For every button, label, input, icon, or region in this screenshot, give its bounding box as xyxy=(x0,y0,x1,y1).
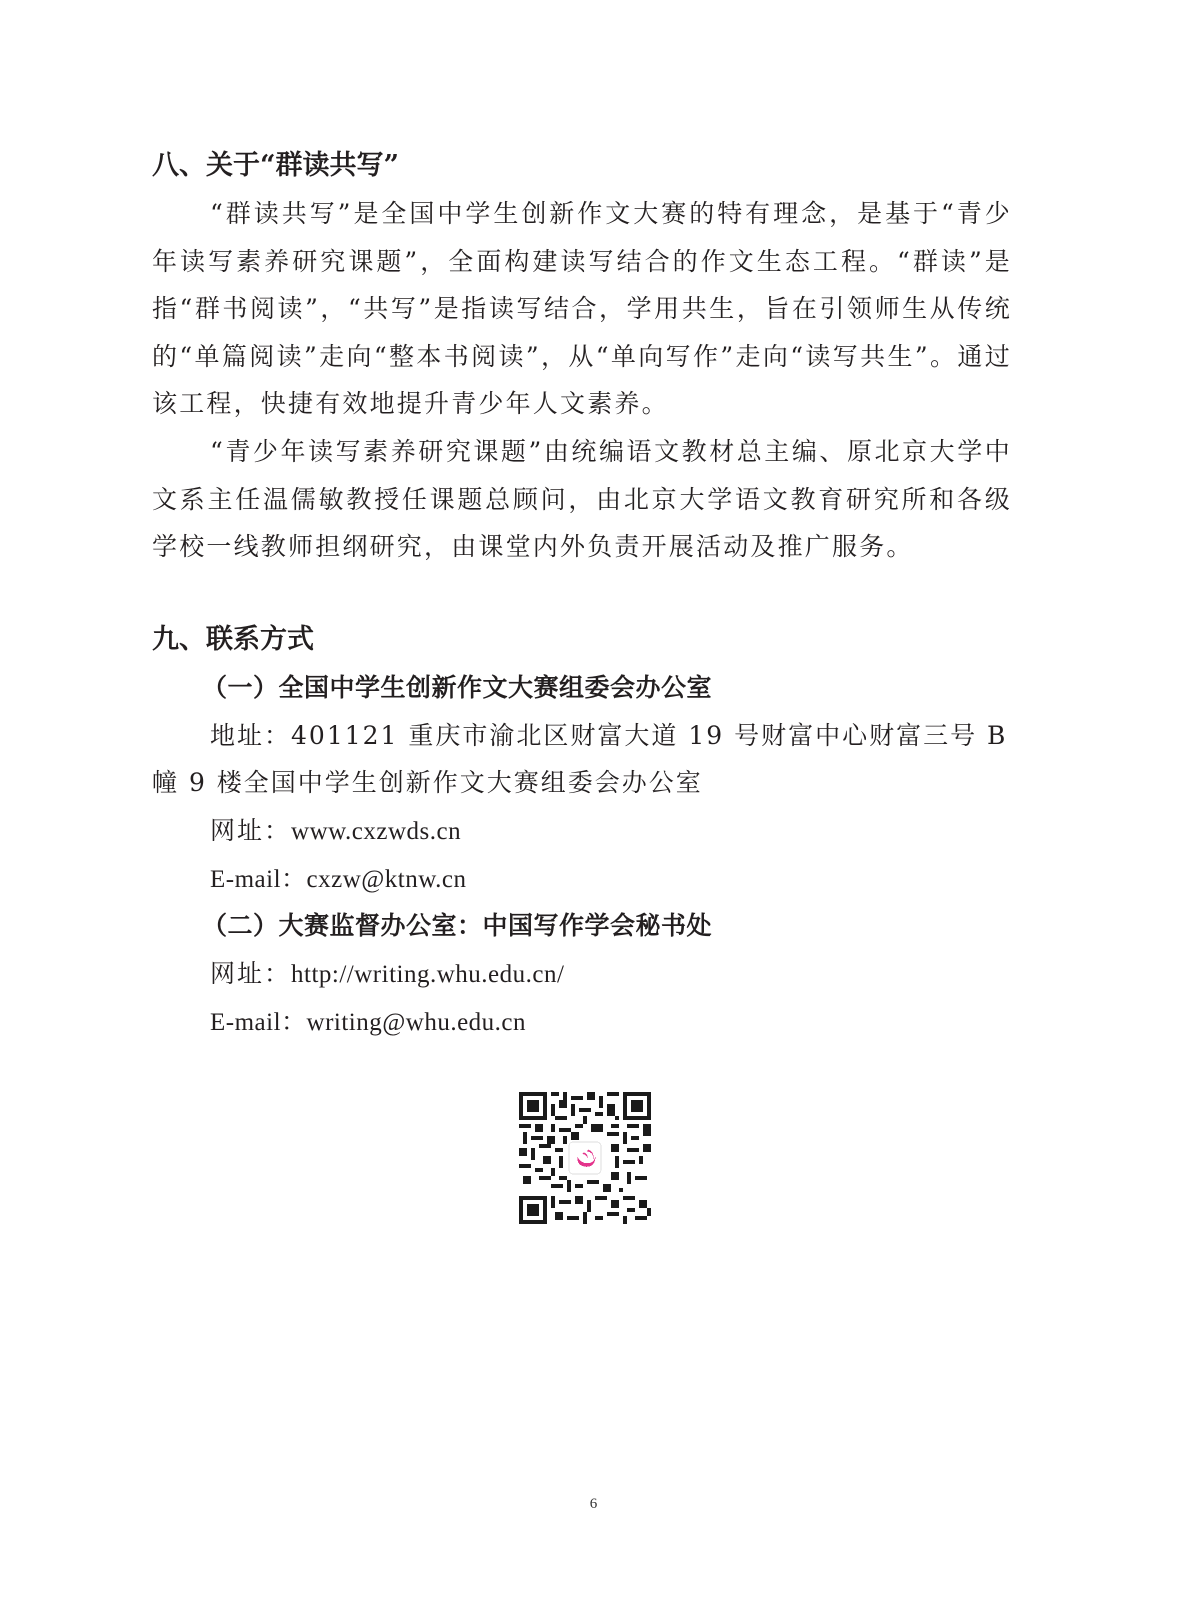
office1-website: 网址：www.cxzwds.cn xyxy=(210,813,461,850)
office2-email-link[interactable]: writing@whu.edu.cn xyxy=(307,1009,527,1036)
office1-address-line1: 地址：401121 重庆市渝北区财富大道 19 号财富中心财富三号 B xyxy=(210,718,1007,754)
section-heading-8: 八、关于“群读共写” xyxy=(152,148,399,184)
office2-website-link[interactable]: http://writing.whu.edu.cn/ xyxy=(291,961,564,988)
page-number: 6 xyxy=(0,1496,1187,1513)
office1-email-link[interactable]: cxzw@ktnw.cn xyxy=(307,866,467,893)
office1-website-link[interactable]: www.cxzwds.cn xyxy=(291,818,461,845)
office1-address-line2: 幢 9 楼全国中学生创新作文大赛组委会办公室 xyxy=(152,765,703,801)
qr-code-icon xyxy=(519,1092,651,1224)
section-heading-9: 九、联系方式 xyxy=(152,622,314,658)
office2-website: 网址：http://writing.whu.edu.cn/ xyxy=(210,956,564,993)
office1-email: E-mail：cxzw@ktnw.cn xyxy=(210,861,467,898)
office2-email: E-mail：writing@whu.edu.cn xyxy=(210,1004,526,1041)
paragraph-qundu-gongxie: “群读共写”是全国中学生创新作文大赛的特有理念，是基于“青少年读写素养研究课题”… xyxy=(152,190,1012,428)
office2-title: （二）大赛监督办公室：中国写作学会秘书处 xyxy=(202,908,712,944)
office1-title: （一）全国中学生创新作文大赛组委会办公室 xyxy=(202,670,712,706)
paragraph-research-topic: “青少年读写素养研究课题”由统编语文教材总主编、原北京大学中文系主任温儒敏教授任… xyxy=(152,428,1012,571)
